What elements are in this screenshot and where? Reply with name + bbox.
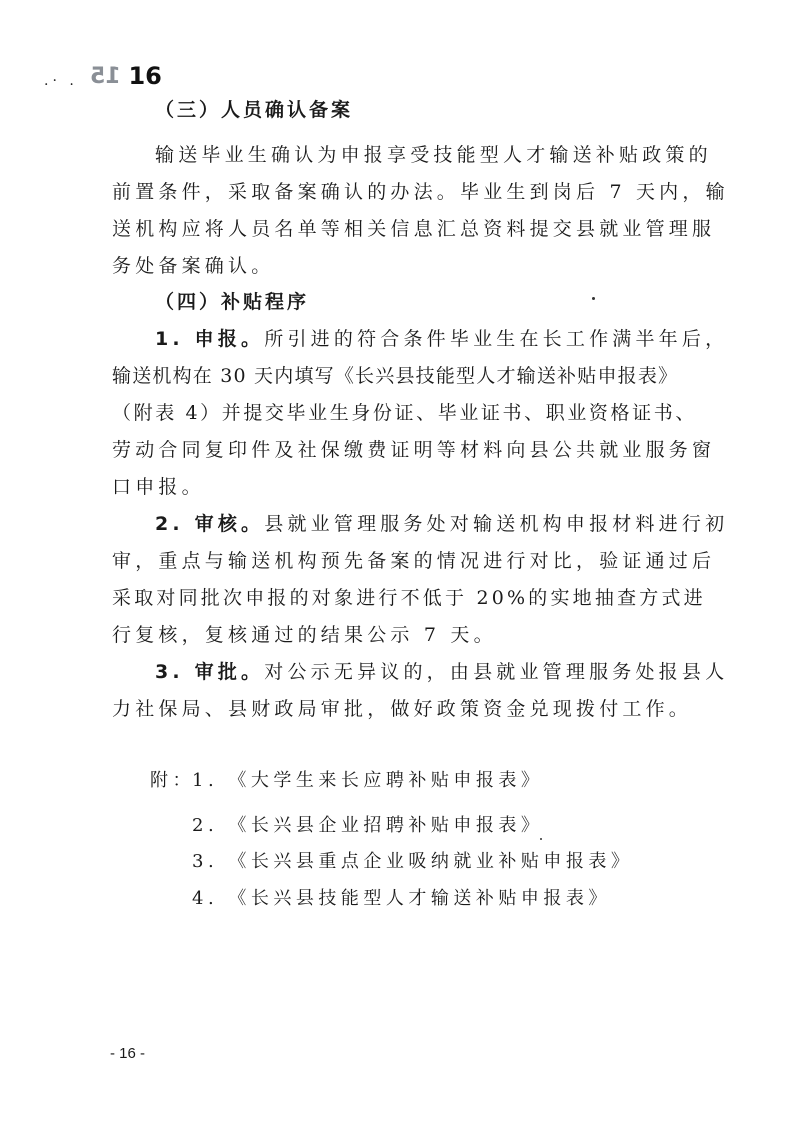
step-label: 2. 审核。: [155, 513, 264, 535]
paragraph-line: 送机构应将人员名单等相关信息汇总资料提交县就业管理服: [112, 220, 715, 239]
attachment-item: 1. 《大学生来长应聘补贴申报表》: [192, 772, 543, 790]
paragraph-line: （附表 4）并提交毕业生身份证、毕业证书、职业资格证书、: [112, 404, 697, 423]
page-footer-number: - 16 -: [110, 1045, 145, 1062]
paragraph-line: 力社保局、县财政局审批，做好政策资金兑现拨付工作。: [112, 700, 692, 719]
paragraph-line: 输送毕业生确认为申报享受技能型人才输送补贴政策的: [155, 146, 712, 165]
step-label: 3. 审批。: [155, 661, 264, 683]
scan-speck: [540, 838, 542, 840]
step-3-line: 3. 审批。对公示无异议的，由县就业管理服务处报县人: [155, 663, 728, 682]
section-heading-4: （四）补贴程序: [155, 293, 309, 312]
attachment-item: 2. 《长兴县企业招聘补贴申报表》: [192, 817, 543, 835]
paragraph-line: 劳动合同复印件及社保缴费证明等材料向县公共就业服务窗: [112, 441, 715, 460]
paragraph-line: 采取对同批次申报的对象进行不低于 20%的实地抽查方式进: [112, 589, 706, 608]
paragraph-line: 口申报。: [112, 478, 205, 497]
section-heading-3: （三）人员确认备案: [155, 101, 353, 120]
faint-page-number: 15: [90, 66, 121, 88]
paragraph-line: 务处备案确认。: [112, 257, 274, 276]
step-2-line: 2. 审核。县就业管理服务处对输送机构申报材料进行初: [155, 515, 728, 534]
scan-speck: [592, 297, 595, 300]
step-1-line: 1. 申报。所引进的符合条件毕业生在长工作满半年后，: [155, 330, 728, 349]
attachments-prefix: 附：: [150, 772, 195, 790]
page-stamp: .· . 15 16: [44, 58, 162, 88]
paragraph-line: 前置条件，采取备案确认的办法。毕业生到岗后 7 天内，输: [112, 183, 729, 202]
paragraph-line: 审，重点与输送机构预先备案的情况进行对比，验证通过后: [112, 552, 715, 571]
attachment-item: 4. 《长兴县技能型人才输送补贴申报表》: [192, 890, 611, 908]
step-label: 1. 申报。: [155, 328, 264, 350]
scan-marks: .· .: [44, 74, 78, 88]
paragraph-line: 输送机构在 30 天内填写《长兴县技能型人才输送补贴申报表》: [112, 367, 678, 386]
page-stamp-number: 16: [128, 64, 161, 88]
paragraph-line: 行复核，复核通过的结果公示 7 天。: [112, 626, 497, 645]
attachment-item: 3. 《长兴县重点企业吸纳就业补贴申报表》: [192, 853, 633, 871]
